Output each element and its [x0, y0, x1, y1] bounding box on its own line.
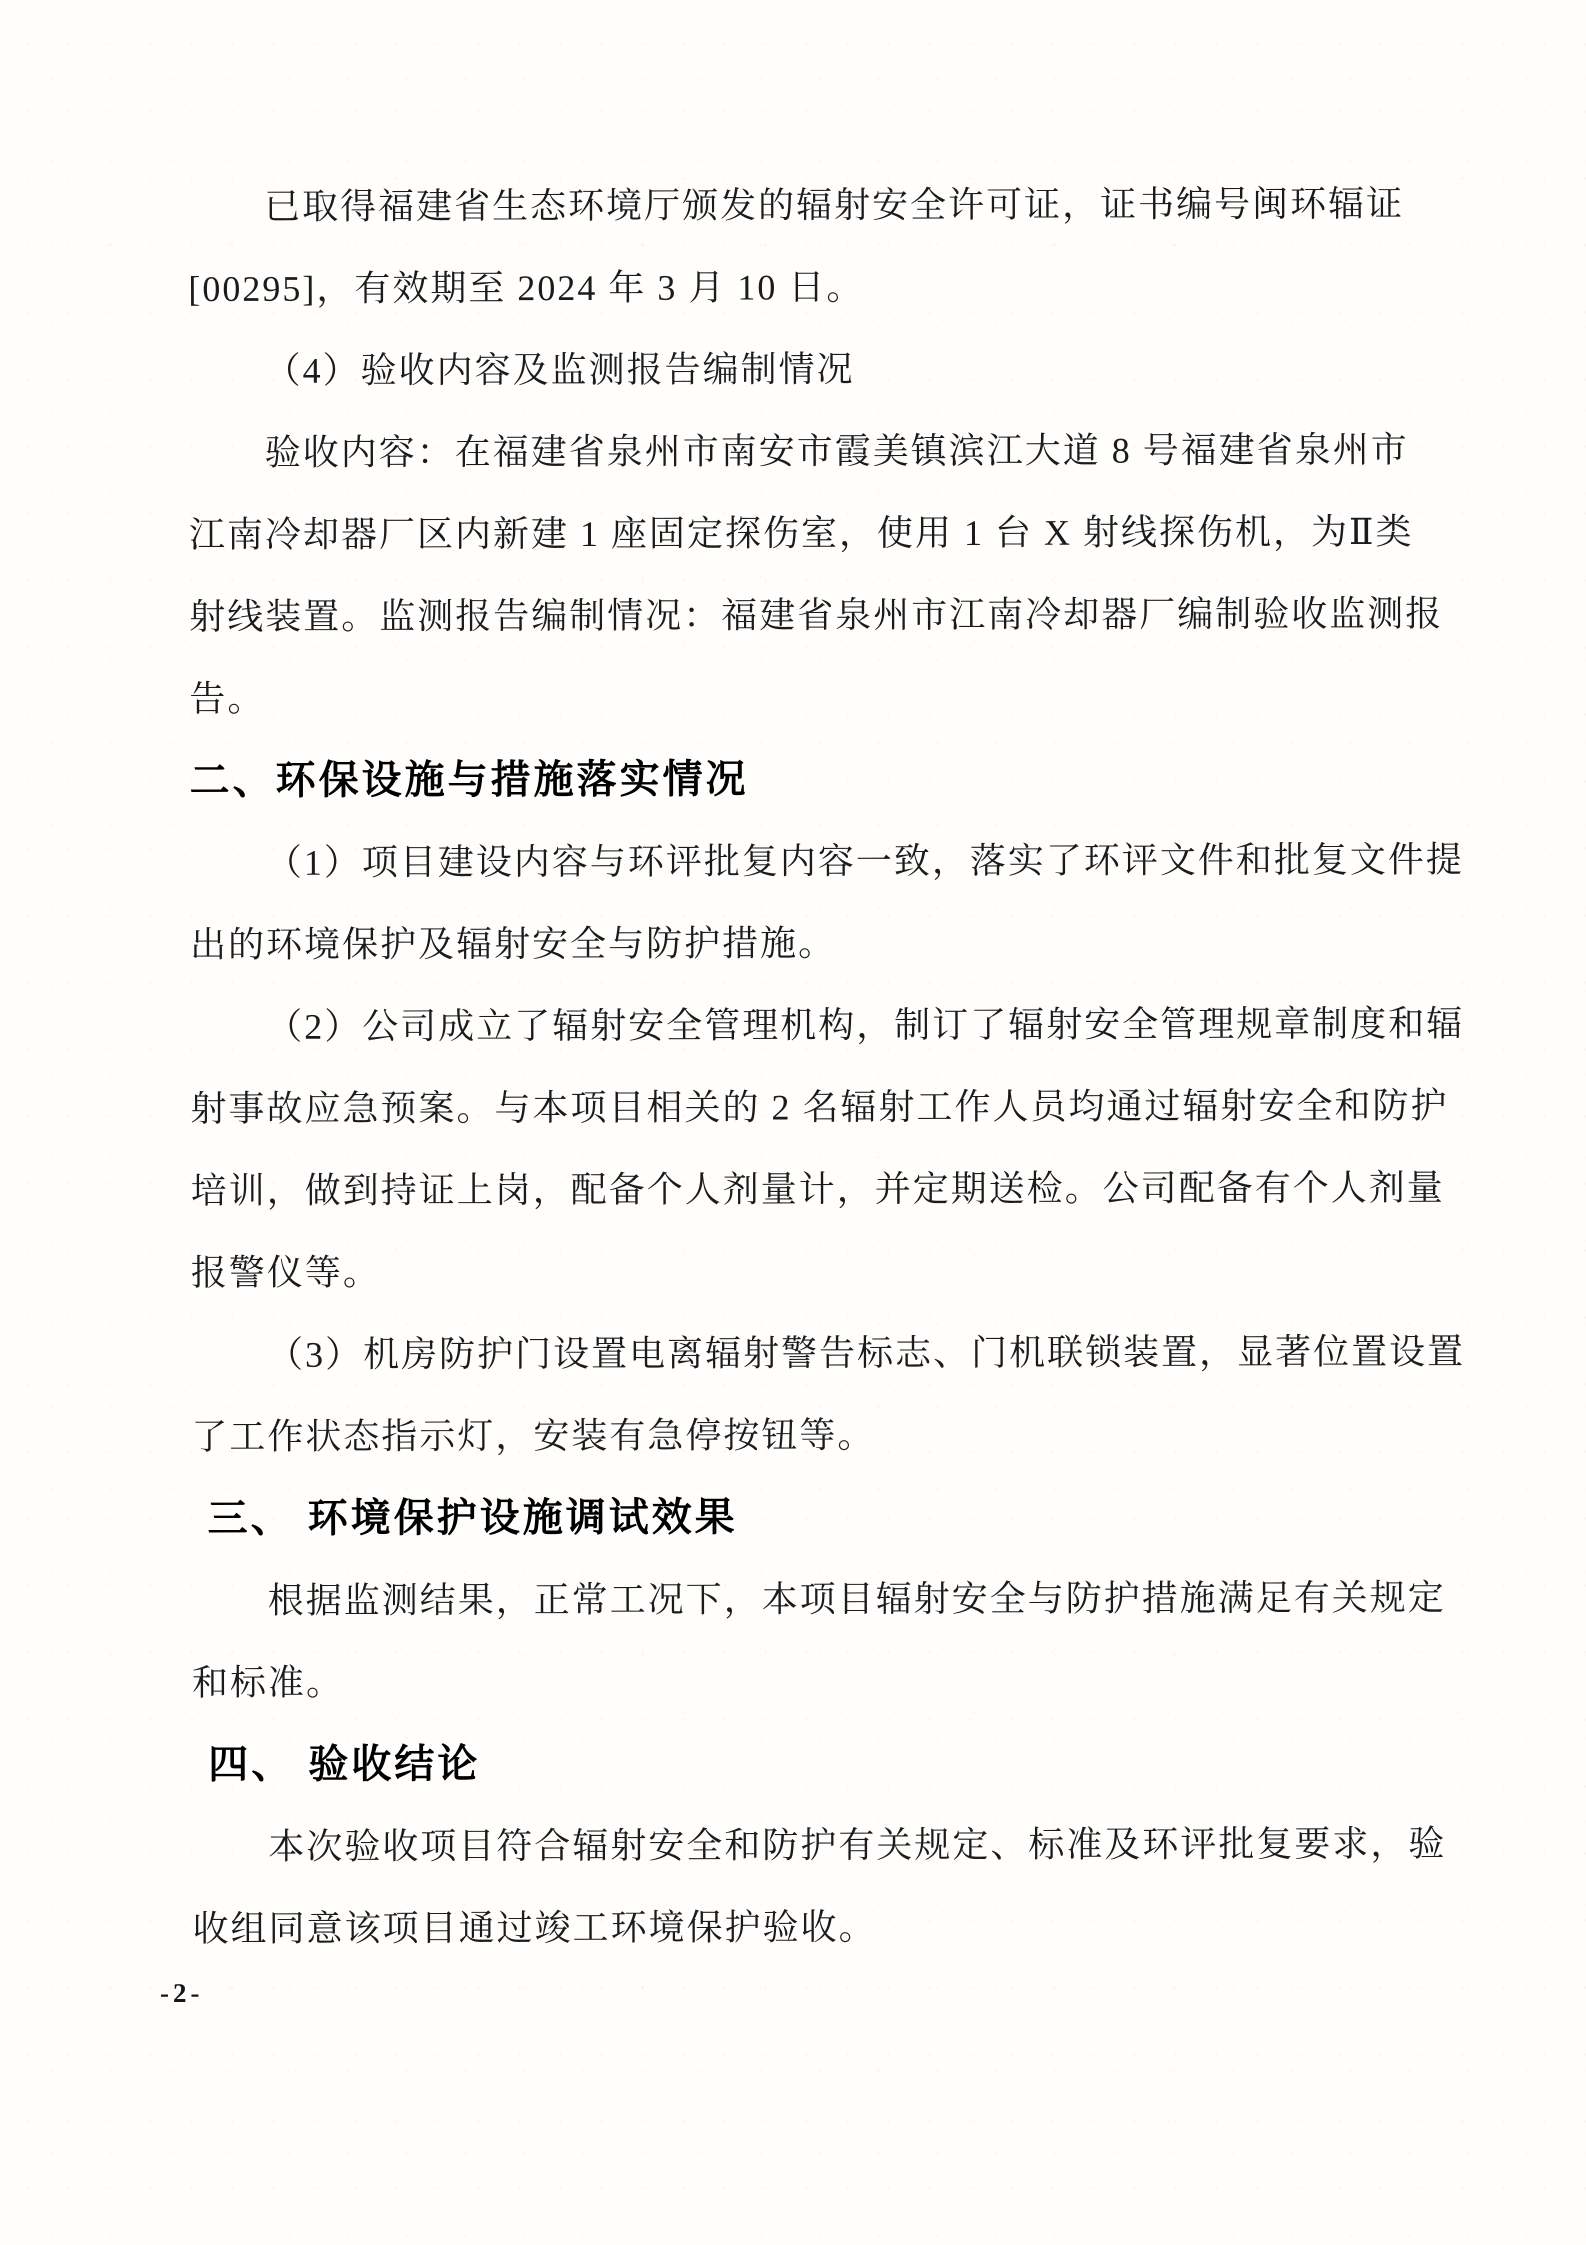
text-line: 江南冷却器厂区内新建 1 座固定探伤室，使用 1 台 X 射线探伤机，为Ⅱ类 — [189, 491, 1404, 576]
text-line: （2）公司成立了辐射安全管理机构，制订了辐射安全管理规章制度和辐 — [190, 983, 1405, 1068]
page-number: -2- — [160, 1978, 204, 2009]
text-line: （1）项目建设内容与环评批复内容一致，落实了环评文件和批复文件提 — [190, 819, 1405, 904]
text-line: 报警仪等。 — [191, 1229, 1406, 1314]
document-body: 已取得福建省生态环境厅颁发的辐射安全许可证，证书编号闽环辐证 [00295]，有… — [188, 163, 1408, 1970]
text-line: 根据监测结果，正常工况下，本项目辐射安全与防护措施满足有关规定 — [192, 1557, 1407, 1642]
subsection-title-4: （4）验收内容及监测报告编制情况 — [188, 327, 1403, 412]
text-line: 已取得福建省生态环境厅颁发的辐射安全许可证，证书编号闽环辐证 — [188, 163, 1403, 248]
text-line: 告。 — [189, 655, 1404, 740]
text-line: 了工作状态指示灯，安装有急停按钮等。 — [191, 1393, 1406, 1478]
text-line: （3）机房防护门设置电离辐射警告标志、门机联锁装置，显著位置设置 — [191, 1311, 1406, 1396]
section-heading-2: 二、环保设施与措施落实情况 — [190, 737, 1405, 822]
section-heading-4: 四、 验收结论 — [192, 1721, 1407, 1806]
text-line: 和标准。 — [192, 1639, 1407, 1724]
text-line: [00295]，有效期至 2024 年 3 月 10 日。 — [188, 245, 1403, 330]
text-line: 射线装置。监测报告编制情况：福建省泉州市江南冷却器厂编制验收监测报 — [189, 573, 1404, 658]
text-line: 本次验收项目符合辐射安全和防护有关规定、标准及环评批复要求，验 — [192, 1803, 1407, 1888]
text-line: 培训，做到持证上岗，配备个人剂量计，并定期送检。公司配备有个人剂量 — [191, 1147, 1406, 1232]
text-line: 出的环境保护及辐射安全与防护措施。 — [190, 901, 1405, 986]
section-heading-3: 三、 环境保护设施调试效果 — [191, 1475, 1406, 1560]
text-line: 收组同意该项目通过竣工环境保护验收。 — [193, 1885, 1408, 1970]
text-line: 验收内容：在福建省泉州市南安市霞美镇滨江大道 8 号福建省泉州市 — [189, 409, 1404, 494]
scanned-document-page: 已取得福建省生态环境厅颁发的辐射安全许可证，证书编号闽环辐证 [00295]，有… — [0, 0, 1586, 2245]
text-line: 射事故应急预案。与本项目相关的 2 名辐射工作人员均通过辐射安全和防护 — [190, 1065, 1405, 1150]
